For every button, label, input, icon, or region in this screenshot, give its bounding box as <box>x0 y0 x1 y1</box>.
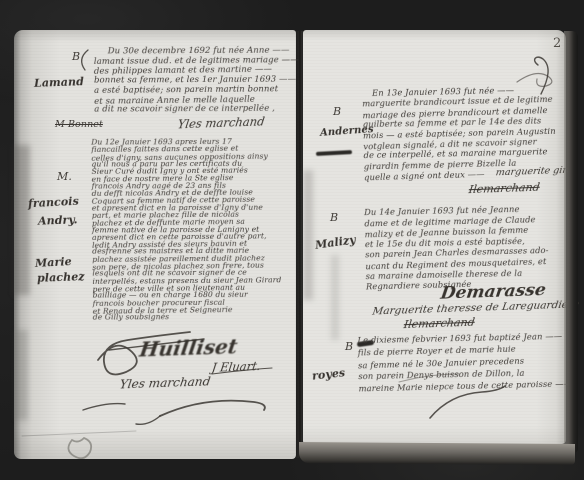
margin-note-royes: royes <box>311 366 345 382</box>
margin-note-andry: Andry. <box>38 213 78 227</box>
margin-note-marie: Marie <box>35 255 72 270</box>
right-page: 2 B Andernes En 13e Januier 1693 fut née… <box>303 30 566 444</box>
register-scan: B Lamand M. francois Andry. Marie plache… <box>0 0 584 480</box>
left-page: B Lamand M. francois Andry. Marie plache… <box>14 30 296 459</box>
manuscript-line: femme native de la paroisse de Lanigny e… <box>92 225 294 233</box>
manuscript-line: de Gilly soubsignés <box>93 313 295 321</box>
page-edge-right <box>564 31 578 453</box>
manuscript-line: lesquels ont dit ne scavoir signer de ce <box>92 269 294 277</box>
manuscript-line: Du 12e Januier 1693 apres leurs 17 <box>91 138 293 146</box>
ink-blot <box>316 150 352 156</box>
baptism-entry-malizy-text: Du 14e Januier 1693 fut née Jeannedame e… <box>364 203 564 293</box>
baptism-entry-royer-text: Le dixiesme febvrier 1693 fut baptizé Je… <box>357 330 560 395</box>
margin-note-francois: francois <box>28 195 79 211</box>
marriage-entry-andry-text: Du 12e Januier 1693 apres leurs 17fianca… <box>91 137 295 321</box>
baptism-entry-lamand-text: Du 30e decembre 1692 fut née Anne ——lama… <box>94 46 295 116</box>
margin-mark-baptism: B <box>72 50 80 63</box>
manuscript-line: qu'il nous a paru par les certificats du <box>91 159 293 167</box>
margin-note-lamand: Lamand <box>34 75 84 90</box>
manuscript-line: bailliage — ou en charge 1680 du sieur <box>93 291 295 299</box>
margin-mark-baptism: B <box>345 340 353 353</box>
paper-smudge <box>303 170 313 300</box>
page-stack-bottom <box>299 442 575 465</box>
manuscript-line: francois Andry aagé de 23 ans fils <box>92 181 294 189</box>
paper-smudge <box>331 255 339 340</box>
signature-marchand-entry1: Ilemarchand <box>468 181 541 196</box>
signature-eluart: J Eluart. <box>211 359 262 375</box>
manuscript-line: et apresent dict en la paroisse d'Igny d… <box>92 203 294 211</box>
margin-mark-marriage: M. <box>57 170 72 183</box>
signature-marguerite-theresse: Marguerite theresse de Lareguardiere <box>372 298 581 317</box>
manuscript-line: Du 30e decembre 1692 fut née Anne —— <box>108 46 294 57</box>
paper-smudge <box>16 330 28 420</box>
manuscript-line: bonnet sa femme, et les 1er Januier 1693… <box>94 76 294 87</box>
margin-note-malizy: Malizy <box>314 233 356 252</box>
signature-marchand-entry1: Yles marchand <box>177 114 266 131</box>
struck-name: M Bonnet <box>55 119 103 130</box>
paper-smudge <box>14 145 30 295</box>
signature-scrawl: Huilliset <box>138 334 239 361</box>
margin-mark-baptism: B <box>333 105 341 118</box>
margin-mark-baptism: B <box>330 211 338 224</box>
page-number: 2 <box>553 36 561 51</box>
signature-marchand: Yles marchand <box>119 374 212 391</box>
margin-note-plachez: plachez <box>37 270 85 285</box>
signature-marchand-entry2: Ilemarchand <box>403 316 476 331</box>
